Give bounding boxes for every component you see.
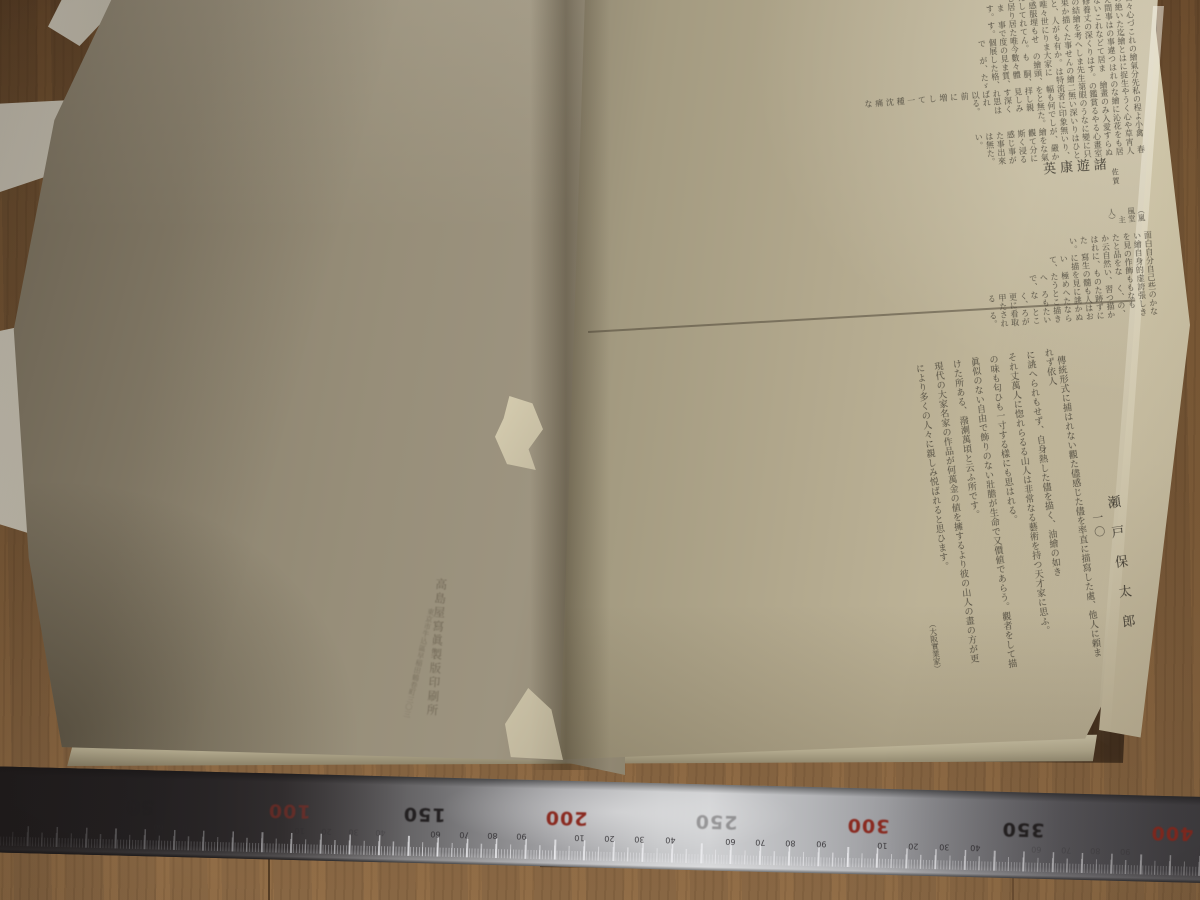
ruler-label: 150 — [403, 803, 446, 826]
photo-of-open-magazine: 高島屋寫眞製版印刷所 東京市牛込區早稲田鶴卷町三〇三 かなしきもの、描かずにはお… — [0, 0, 1200, 900]
ruler-sub-label: 30 — [348, 827, 358, 836]
ruler-sub-label: 20 — [908, 842, 918, 851]
ruler-sub-label: 10 — [294, 826, 304, 835]
ruler-sub-label: 20 — [321, 827, 331, 836]
ruler-label: 50 — [126, 796, 155, 819]
ruler-sub-label: 60 — [725, 837, 735, 846]
ruler-label: 350 — [1001, 818, 1044, 841]
ruler-sub-label: 80 — [210, 824, 220, 833]
ruler-sub-label: 70 — [459, 830, 469, 839]
ruler-sub-label: 40 — [375, 828, 385, 837]
ruler-sub-label: 90 — [1120, 847, 1130, 856]
ruler-sub-label: 80 — [487, 831, 497, 840]
ruler-sub-label: 40 — [665, 835, 675, 844]
ruler-sub-label: 10 — [877, 841, 887, 850]
ruler-sub-label: 70 — [755, 838, 765, 847]
author-name: 諸遊康英 — [1040, 157, 1108, 192]
author-name: 瀬戸保太郎 — [1104, 495, 1137, 646]
ruler-label: 400 — [1150, 822, 1193, 845]
ruler-sub-label: 30 — [634, 835, 644, 844]
ruler-sub-label: 40 — [970, 843, 980, 852]
ruler-label: 100 — [268, 799, 311, 822]
ruler-sub-label: 90 — [516, 832, 526, 841]
ruler-label: 250 — [695, 810, 738, 833]
ruler-sub-label: 30 — [939, 842, 949, 851]
ruler-sub-label: 80 — [785, 838, 795, 847]
ruler-sub-label: 80 — [1090, 846, 1100, 855]
ruler-sub-label: 70 — [1061, 845, 1071, 854]
ruler-sub-label: 90 — [816, 839, 826, 848]
comments-section-lower: 瀬戸保太郎 傳統形式に捕はれない觀た儘感じた儘を率直に描寫した處、他人に頼まれず… — [844, 340, 1153, 689]
ruler-sub-label: 20 — [604, 834, 614, 843]
ruler-sub-label: 60 — [1031, 845, 1041, 854]
ruler-sub-label: 10 — [574, 833, 584, 842]
author-name-prefix: 佐賀 — [1111, 168, 1120, 187]
ruler-label: 200 — [545, 806, 588, 829]
ruler-sub-label: 60 — [153, 822, 163, 831]
ruler-label: 300 — [847, 814, 890, 837]
ruler-sub-label: 70 — [182, 823, 192, 832]
ruler-sub-label: 60 — [430, 829, 440, 838]
ruler-sub-label: 90 — [239, 825, 249, 834]
